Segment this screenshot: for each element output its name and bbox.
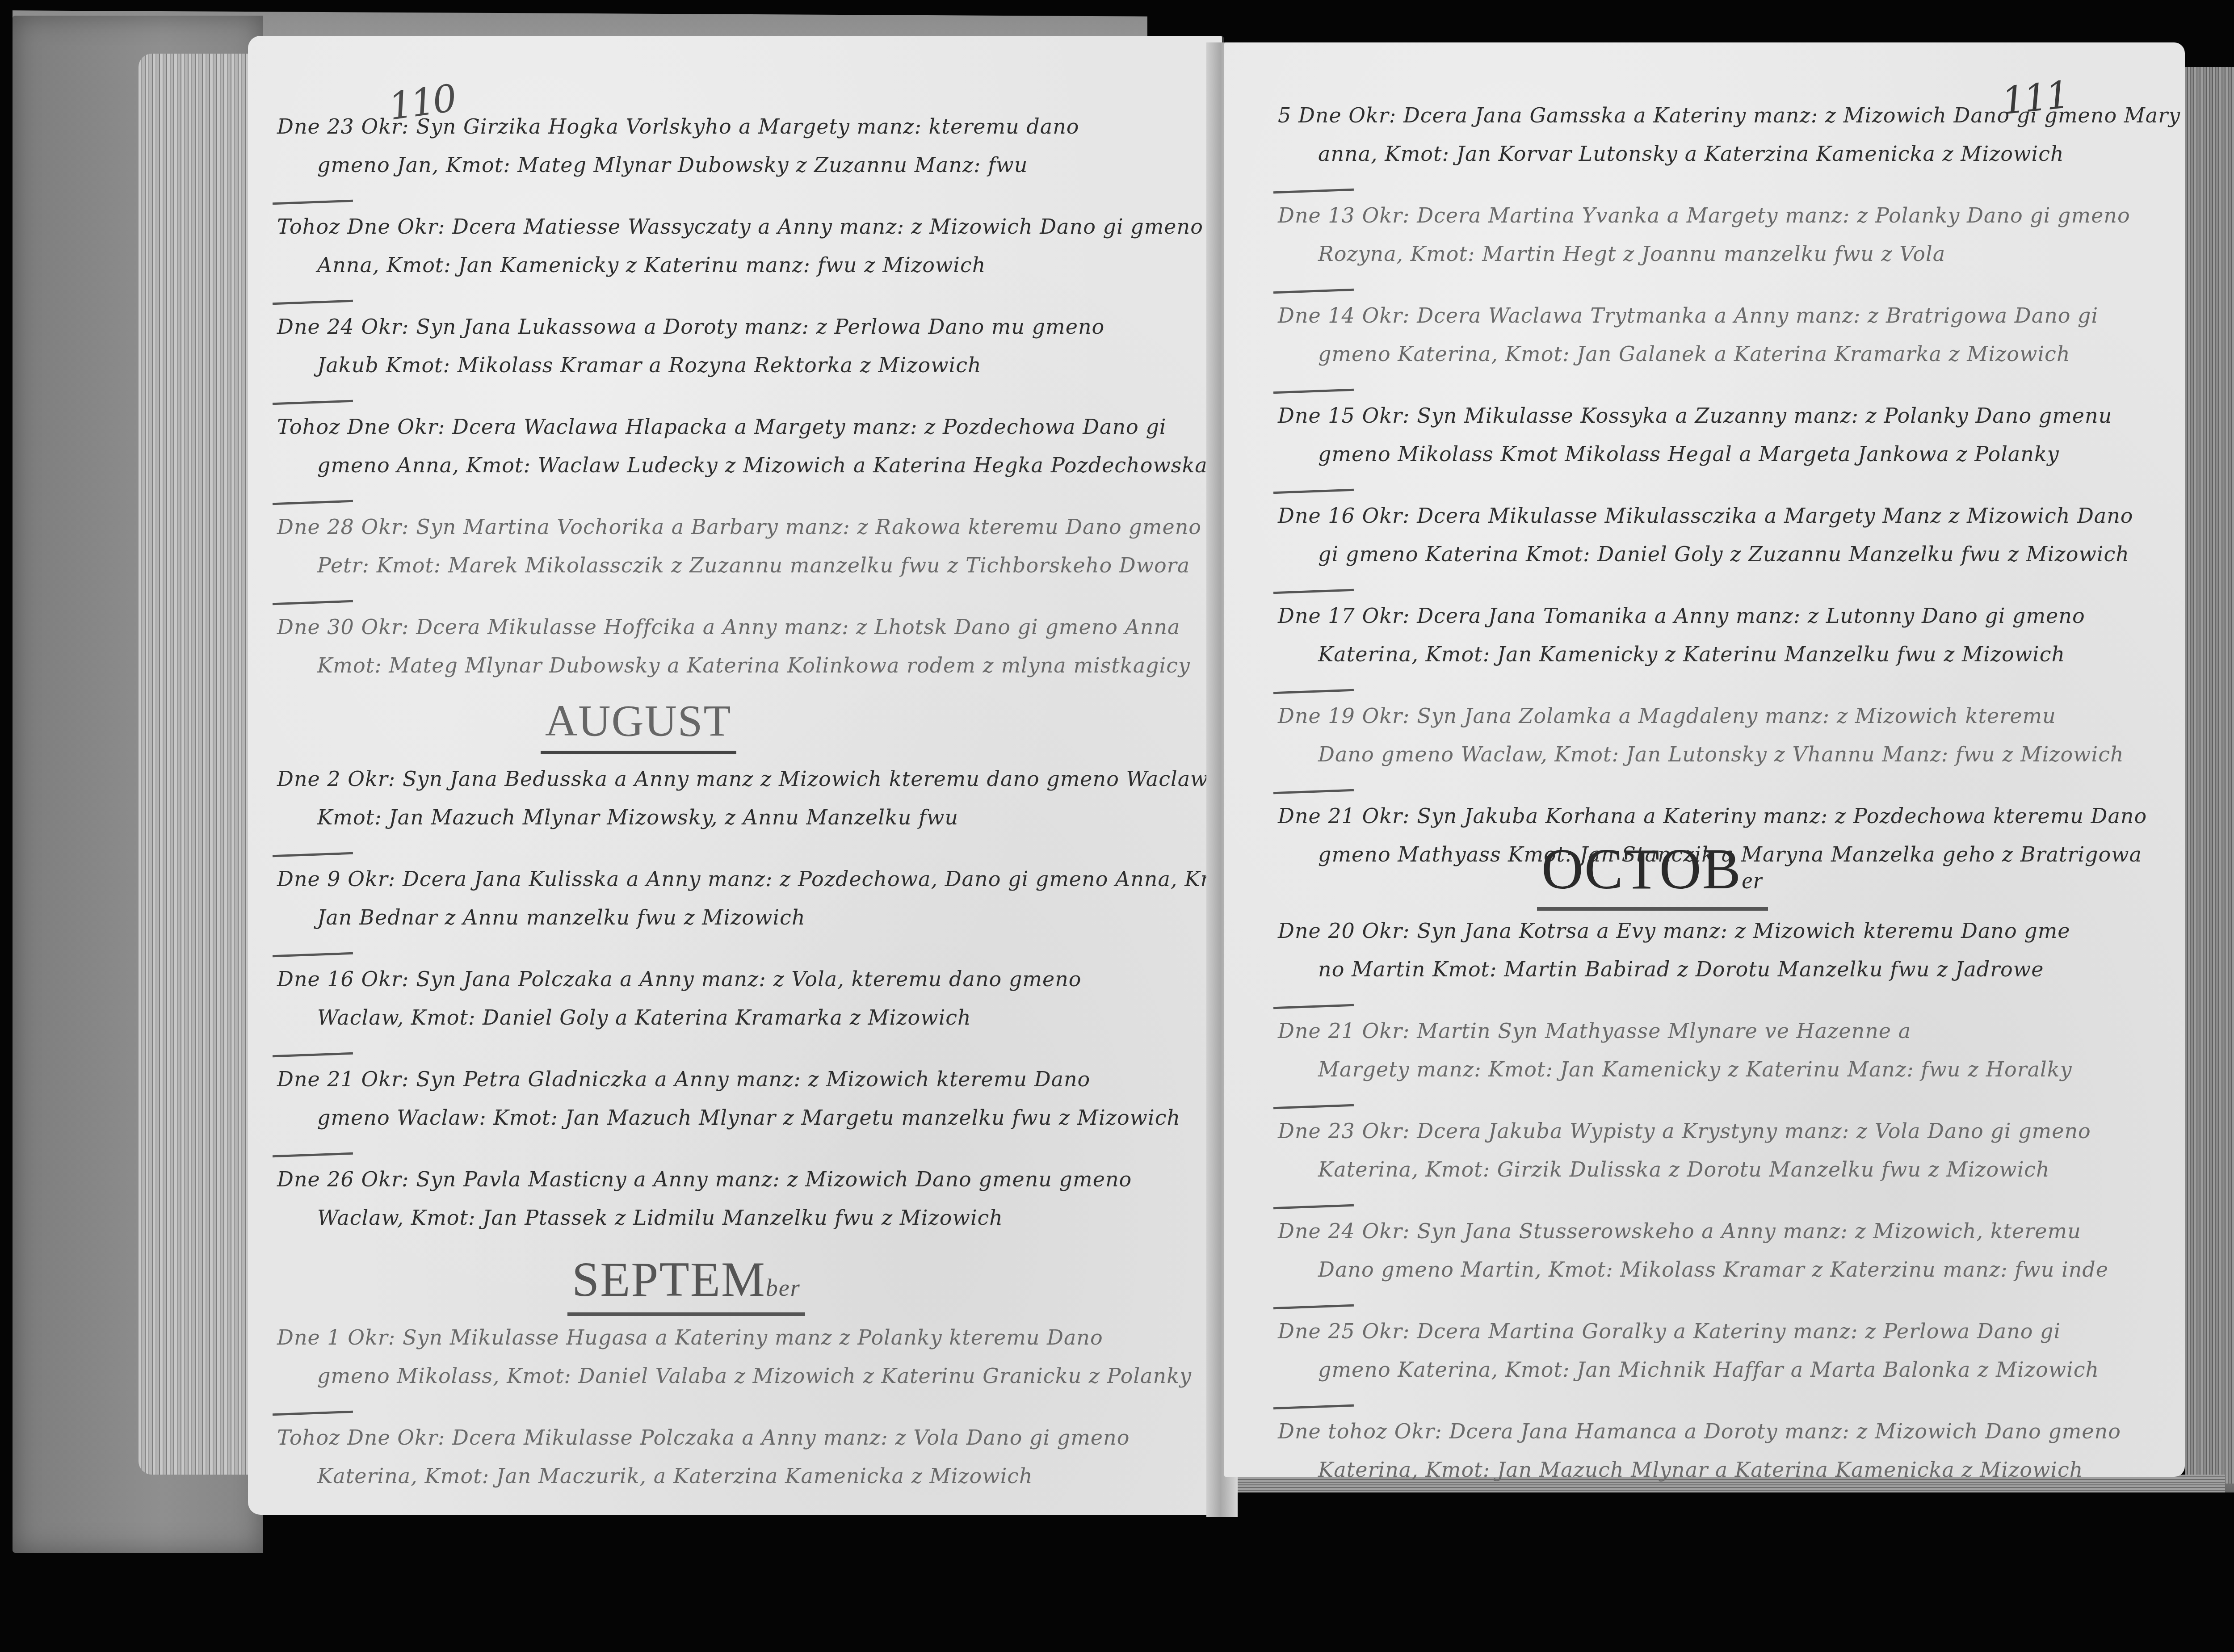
entry-separator [1273,289,1354,294]
entry-line: gi gmeno Katerina Kmot: Daniel Goly z Zu… [1278,535,2163,573]
entry-separator [273,1152,353,1157]
entry-line: Tohoz Dne Okr: Dcera Waclawa Hlapacka a … [277,408,1188,446]
entry-separator [273,500,353,505]
entry-line: Dne 13 Okr: Dcera Martina Yvanka a Marge… [1278,196,2163,235]
entry-line: Dne 19 Okr: Syn Jana Zolamka a Magdaleny… [1278,697,2163,735]
register-entry: Dne 24 Okr: Syn Jana Stusserowskeho a An… [1278,1212,2163,1289]
entry-line: Dne 16 Okr: Syn Jana Polczaka a Anny man… [277,960,1188,998]
register-entry: Tohoz Dne Okr: Dcera Waclawa Hlapacka a … [277,408,1188,484]
entry-line: Dne 24 Okr: Syn Jana Stusserowskeho a An… [1278,1212,2163,1250]
month-heading-september: SEPTEMber [567,1251,805,1316]
entry-line: no Martin Kmot: Martin Babirad z Dorotu … [1278,950,2163,988]
register-entry: Dne 24 Okr: Syn Jana Lukassowa a Doroty … [277,307,1188,384]
entry-separator [273,1052,353,1057]
month-heading-october: OCTOBer [1537,836,1768,911]
entry-line: gmeno Katerina, Kmot: Jan Galanek a Kate… [1278,335,2163,373]
entry-separator [1273,789,1354,794]
register-entry: Dne 13 Okr: Dcera Martina Yvanka a Marge… [1278,196,2163,273]
entry-separator [1273,1304,1354,1309]
entry-line: Tohoz Dne Okr: Dcera Mikulasse Polczaka … [277,1418,1188,1457]
entry-separator [273,600,353,605]
entry-line: gmeno Mikolass Kmot Mikolass Hegal a Mar… [1278,435,2163,473]
register-entry: Dne 1 Okr: Syn Mikulasse Hugasa a Kateri… [277,1318,1188,1395]
entry-separator [1273,1104,1354,1109]
register-entry: Dne 16 Okr: Syn Jana Polczaka a Anny man… [277,960,1188,1037]
entry-line: Dne 21 Okr: Martin Syn Mathyasse Mlynare… [1278,1012,2163,1050]
entry-line: Katerina, Kmot: Jan Kamenicky z Katerinu… [1278,635,2163,673]
register-entry: Dne 21 Okr: Syn Petra Gladniczka a Anny … [277,1060,1188,1137]
register-entry: Dne 23 Okr: Dcera Jakuba Wypisty a Kryst… [1278,1112,2163,1189]
entry-separator [273,852,353,857]
entry-line: Dano gmeno Martin, Kmot: Mikolass Kramar… [1278,1250,2163,1289]
register-entry: Dne 23 Okr: Syn Girzika Hogka Vorlskyho … [277,107,1188,184]
register-entry: Dne 9 Okr: Dcera Jana Kulisska a Anny ma… [277,860,1188,937]
entry-line: Dano gmeno Waclaw, Kmot: Jan Lutonsky z … [1278,735,2163,773]
entry-line: Rozyna, Kmot: Martin Hegt z Joannu manze… [1278,235,2163,273]
entry-line: 5 Dne Okr: Dcera Jana Gamsska a Kateriny… [1278,96,2163,135]
august-entries: Dne 2 Okr: Syn Jana Bedusska a Anny manz… [277,760,1188,1260]
entry-line: anna, Kmot: Jan Korvar Lutonsky a Katerz… [1278,135,2163,173]
entry-line: Dne tohoz Okr: Dcera Jana Hamanca a Doro… [1278,1412,2163,1450]
register-entry: Dne 20 Okr: Syn Jana Kotrsa a Evy manz: … [1278,912,2163,988]
entry-line: Dne 24 Okr: Syn Jana Lukassowa a Doroty … [277,307,1188,346]
entry-line: gmeno Katerina, Kmot: Jan Michnik Haffar… [1278,1350,2163,1389]
entry-line: Dne 20 Okr: Syn Jana Kotrsa a Evy manz: … [1278,912,2163,950]
month-heading-august: AUGUST [541,695,736,754]
entry-line: Dne 14 Okr: Dcera Waclawa Trytmanka a An… [1278,296,2163,335]
month-suffix: er [1742,867,1764,894]
entry-line: Waclaw, Kmot: Daniel Goly a Katerina Kra… [277,998,1188,1037]
entry-line: Dne 30 Okr: Dcera Mikulasse Hoffcika a A… [277,608,1188,646]
right-page-edges [2185,67,2234,1484]
entry-line: Dne 15 Okr: Syn Mikulasse Kossyka a Zuza… [1278,396,2163,435]
entry-line: Dne 17 Okr: Dcera Jana Tomanika a Anny m… [1278,597,2163,635]
entry-line: Kmot: Mateg Mlynar Dubowsky a Katerina K… [277,646,1188,685]
entry-line: Katerina, Kmot: Jan Mazuch Mlynar a Kate… [1278,1450,2163,1489]
entry-separator [1273,689,1354,694]
entry-separator [273,952,353,957]
right-page-entries: 5 Dne Okr: Dcera Jana Gamsska a Kateriny… [1278,96,2163,897]
register-entry: 5 Dne Okr: Dcera Jana Gamsska a Kateriny… [1278,96,2163,173]
entry-separator [1273,489,1354,494]
register-entry: Dne 15 Okr: Syn Mikulasse Kossyka a Zuza… [1278,396,2163,473]
entry-line: Dne 25 Okr: Dcera Martina Goralky a Kate… [1278,1312,2163,1350]
entry-line: Dne 21 Okr: Syn Jakuba Korhana a Katerin… [1278,797,2163,835]
entry-line: Dne 23 Okr: Dcera Jakuba Wypisty a Kryst… [1278,1112,2163,1150]
entry-line: Tohoz Dne Okr: Dcera Matiesse Wassyczaty… [277,207,1188,246]
entry-separator [273,300,353,305]
entry-line: Kmot: Jan Mazuch Mlynar Mizowsky, z Annu… [277,798,1188,837]
register-entry: Dne 25 Okr: Dcera Martina Goralky a Kate… [1278,1312,2163,1389]
entry-line: gmeno Jan, Kmot: Mateg Mlynar Dubowsky z… [277,146,1188,184]
entry-separator [1273,1004,1354,1009]
entry-separator [273,1411,353,1416]
left-page-edges [139,54,252,1475]
entry-line: Jakub Kmot: Mikolass Kramar a Rozyna Rek… [277,346,1188,384]
entry-line: Dne 2 Okr: Syn Jana Bedusska a Anny manz… [277,760,1188,798]
entry-separator [273,400,353,405]
entry-line: Dne 26 Okr: Syn Pavla Masticny a Anny ma… [277,1160,1188,1198]
entry-line: Dne 21 Okr: Syn Petra Gladniczka a Anny … [277,1060,1188,1098]
register-entry: Tohoz Dne Okr: Dcera Mikulasse Polczaka … [277,1418,1188,1495]
entry-line: Petr: Kmot: Marek Mikolassczik z Zuzannu… [277,546,1188,584]
entry-line: gmeno Anna, Kmot: Waclaw Ludecky z Mizow… [277,446,1188,484]
register-entry: Dne 17 Okr: Dcera Jana Tomanika a Anny m… [1278,597,2163,673]
entry-separator [1273,1404,1354,1409]
register-entry: Dne 2 Okr: Syn Jana Bedusska a Anny manz… [277,760,1188,837]
entry-line: Waclaw, Kmot: Jan Ptassek z Lidmilu Manz… [277,1198,1188,1237]
entry-separator [273,200,353,205]
entry-line: Margety manz: Kmot: Jan Kamenicky z Kate… [1278,1050,2163,1089]
entry-separator [1273,589,1354,594]
month-label: AUGUST [545,696,732,745]
month-label: SEPTEM [572,1252,766,1307]
register-entry: Dne 28 Okr: Syn Martina Vochorika a Barb… [277,508,1188,584]
register-entry: Dne 26 Okr: Syn Pavla Masticny a Anny ma… [277,1160,1188,1237]
month-label: OCTOB [1541,837,1742,901]
entry-line: Dne 16 Okr: Dcera Mikulasse Mikulassczik… [1278,496,2163,535]
entry-line: Dne 1 Okr: Syn Mikulasse Hugasa a Kateri… [277,1318,1188,1357]
entry-line: Jan Bednar z Annu manzelku fwu z Mizowic… [277,898,1188,937]
september-entries: Dne 1 Okr: Syn Mikulasse Hugasa a Kateri… [277,1318,1188,1518]
entry-line: Katerina, Kmot: Jan Maczurik, a Katerzin… [277,1457,1188,1495]
scanned-book-image: 110 Dne 23 Okr: Syn Girzika Hogka Vorlsk… [0,0,2234,1652]
register-entry: Tohoz Dne Okr: Dcera Matiesse Wassyczaty… [277,207,1188,284]
entry-line: Dne 28 Okr: Syn Martina Vochorika a Barb… [277,508,1188,546]
register-entry: Dne 30 Okr: Dcera Mikulasse Hoffcika a A… [277,608,1188,685]
entry-line: Katerina, Kmot: Girzik Dulisska z Dorotu… [1278,1150,2163,1189]
entry-line: gmeno Waclaw: Kmot: Jan Mazuch Mlynar z … [277,1098,1188,1137]
register-entry: Dne 14 Okr: Dcera Waclawa Trytmanka a An… [1278,296,2163,373]
entry-line: gmeno Mikolass, Kmot: Daniel Valaba z Mi… [277,1357,1188,1395]
october-entries: Dne 20 Okr: Syn Jana Kotrsa a Evy manz: … [1278,912,2163,1512]
entry-line: Dne 9 Okr: Dcera Jana Kulisska a Anny ma… [277,860,1188,898]
entry-separator [1273,1204,1354,1209]
register-entry: Dne 19 Okr: Syn Jana Zolamka a Magdaleny… [1278,697,2163,773]
register-entry: Dne 21 Okr: Martin Syn Mathyasse Mlynare… [1278,1012,2163,1089]
register-entry: Dne tohoz Okr: Dcera Jana Hamanca a Doro… [1278,1412,2163,1489]
register-entry: Dne 16 Okr: Dcera Mikulasse Mikulassczik… [1278,496,2163,573]
month-suffix: ber [766,1274,801,1301]
entry-line: Dne 23 Okr: Syn Girzika Hogka Vorlskyho … [277,107,1188,146]
entry-separator [1273,189,1354,193]
left-page-entries: Dne 23 Okr: Syn Girzika Hogka Vorlskyho … [277,107,1188,708]
entry-separator [1273,389,1354,394]
entry-line: Anna, Kmot: Jan Kamenicky z Katerinu man… [277,246,1188,284]
